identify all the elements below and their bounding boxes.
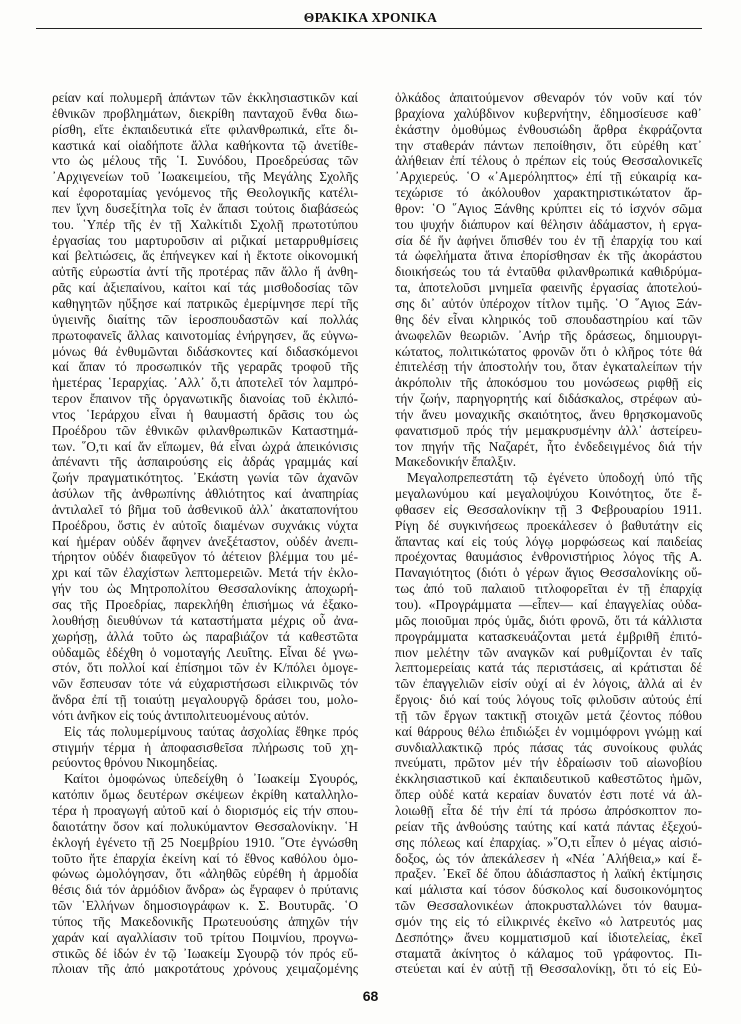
text-line: φώνως ὡμολόγησαν, ὅτι «ἀληθῶς εὑρέθη ἡ ἁ… xyxy=(52,866,358,882)
text-line: χρι καί τῶν ἐλαχίστων λεπτομερειῶν. Μετά… xyxy=(52,565,358,581)
text-line: ἀνωφελῶν θεωριῶν. ᾿Ανήρ τῆς δράσεως, δημ… xyxy=(395,328,702,344)
text-line: των. ῞Ο,τι καί ἄν εἴπωμεν, θά εἶναι ὠχρά… xyxy=(52,439,358,455)
text-line: θρον: ῾Ο ῞Αγιος Ξάνθης κρύπτει εἰς τό ἰσ… xyxy=(395,201,702,217)
text-line: ρεύοντος θρόνου Νικομηδείας. xyxy=(52,755,358,771)
text-line: σμόν της εἰς τό εἰλικρινές ἐκεῖνο «ὁ λατ… xyxy=(395,914,702,930)
text-line: τά ὠφελήματα ἅτινα ἐπορίσθησαν ἐκ τῆς ἀκ… xyxy=(395,248,702,264)
text-line: Προέδρου, ὅστις ἐν αὐτοῖς διαμένων συχνά… xyxy=(52,518,358,534)
text-line: ὁλκάδος ἀπαιτούμενον σθεναρόν τόν νοῦν κ… xyxy=(395,90,702,106)
text-line: τον πηγήν τῆς Ναζαρέτ, ἦτο ἐνδεδειγμένος… xyxy=(395,439,702,455)
text-line: τῶν ῾Ελλήνων δημοσιογράφων κ. Σ. Βουτυρᾶ… xyxy=(52,898,358,914)
text-line: βραχίονα χαλύβδινον κυβερνήτην, ἐδημοσίε… xyxy=(395,106,702,122)
text-line: ὅπερ οὐδέ κατά κεραίαν δυνατόν ἐστι ποτέ… xyxy=(395,787,702,803)
text-line: στικῶς δέ ἰδών ἐν τῷ ᾿Ιωακείμ Σγουρῷ τόν… xyxy=(52,946,358,962)
text-line: ἐπιτελέσῃ τήν ἀποστολήν του, ὅταν ἐγκατα… xyxy=(395,359,702,375)
text-line: μόνως θά ἐνθυμῶνται διδάσκοντες καί διδα… xyxy=(52,344,358,360)
text-line: πραξεν. ᾿Εκεῖ δέ ὅπου ἀδιάσπαστος ἡ λαϊκ… xyxy=(395,866,702,882)
text-line: τήν ἄνευ μοναχικῆς σκαιότητος, ἄνευ θρησ… xyxy=(395,407,702,423)
text-line: πλοιαν τῆς ἀπό μακροτάτους χρόνους χειμα… xyxy=(52,961,358,977)
text-line: τοῦτο ἥτε ἐπαρχία ἐκείνη καί τό ἔθνος κα… xyxy=(52,851,358,867)
text-line: προέχοντας θαυμάσιος ἐνθρονιστήριος λόγο… xyxy=(395,549,702,565)
text-line: του ψυχήν διάπυρον καί θέλησιν ἀδάμαστον… xyxy=(395,217,702,233)
text-line: καί θάρρους θέλω ἐπιδιώξει ἐν νομιμόφρον… xyxy=(395,724,702,740)
text-line: φθασεν εἰς Θεσσαλονίκην τῇ 3 Φεβρουαρίου… xyxy=(395,502,702,518)
text-line: καθηγητῶν ηὔξησε καί πατρικῶς ἐμερίμνησε… xyxy=(52,296,358,312)
document-page: ΘΡΑΚΙΚΑ ΧΡΟΝΙΚΑ ρείαν καί πολυμερῆ ἁπάντ… xyxy=(0,0,741,1024)
text-line: χαράν καί αγαλλίασιν τοῦ τρίτου Ποιμνίου… xyxy=(52,930,358,946)
text-line: λοιωθῇ εἶτα δέ τήν ἐπί τά πρόσω ἀπρόσκοπ… xyxy=(395,803,702,819)
text-line: ἀσύλων τῆς ἀνθρωπίνης ἀθλιότητος καί ἀνα… xyxy=(52,486,358,502)
text-line: ᾿Αρχιερεύς. ῾Ο «᾿Αμερόληπτος» ἐπί τῇ εὐκ… xyxy=(395,169,702,185)
text-line: προγράμματα κατασκευάζονται μετά ἐμβριθῆ… xyxy=(395,629,702,645)
text-line: λεπτομερείαις κατά τάς περιστάσεις, αἱ κ… xyxy=(395,660,702,676)
text-line: ἑκάστην ὁμοθύμως ἐνθουσιώδη ἄρθρα ἐκφράζ… xyxy=(395,122,702,138)
text-line: τῶν Θεσσαλονικέων ἀποκρυσταλλώνει τόν θα… xyxy=(395,898,702,914)
text-line: οὐδαμῶς ἐδέχθη ὁ νομοταγής Λευΐτης. Εἶνα… xyxy=(52,645,358,661)
text-line: ἡμετέρας ῾Ιεραρχίας. ᾿Αλλ᾿ ὅ,τι ἀποτελεῖ… xyxy=(52,375,358,391)
text-line: στιγμήν τέρμα ἡ ἀποφασισθεῖσα πλήρωσις τ… xyxy=(52,740,358,756)
text-line: καί βελτιώσεις, ἅς ἐπήνεγκεν καί ἡ ἔκτοτ… xyxy=(52,248,358,264)
text-line: τῇ τῶν ἔργων τακτικῇ στοιχῶν μετά ζέοντο… xyxy=(395,708,702,724)
text-line: ἀκρόπολιν τῆς ἀποκόσμου του μονώσεως ριφ… xyxy=(395,375,702,391)
text-line: ἀλήθειαν ἐπί τέλους ὁ πρέπων εἰς τούς Θε… xyxy=(395,153,702,169)
text-line: μῶς ποιοῦμαι πρός ὑμᾶς, διότι φρονῶ, ὅτι… xyxy=(395,613,702,629)
text-line: τερον ἔπαινον τῆς ὀργανωτικῆς διανοίας τ… xyxy=(52,391,358,407)
text-line: λουθήσῃ διευθύνων τά καταστήματα μέχρις … xyxy=(52,613,358,629)
text-line: τα, ἀποτελοῦσι μνημεῖα φαεινῆς ἐργασίας … xyxy=(395,280,702,296)
text-line: γήν του ὡς Μητροπολίτου Θεσσαλονίκης ἀπο… xyxy=(52,581,358,597)
text-line: φανατισμοῦ πρός τήν μεμακρυσμένην ἀλλ᾿ ἀ… xyxy=(395,423,702,439)
left-text-column: ρείαν καί πολυμερῆ ἁπάντων τῶν ἐκκλησιασ… xyxy=(52,90,358,977)
text-line: ρείαν καί πολυμερῆ ἁπάντων τῶν ἐκκλησιασ… xyxy=(52,90,358,106)
text-line: σταματᾶ ἀκίνητος ὁ κάλαμος τοῦ γράφοντος… xyxy=(395,946,702,962)
text-line: κώτατος, πολιτικώτατος φρονῶν ὅτι ὁ κλῆρ… xyxy=(395,344,702,360)
text-line: σία δέ ἥν ἀφήνει ὄπισθέν του ἐν τῇ ἐπαρχ… xyxy=(395,233,702,249)
text-line: ἐθνικῶν προβλημάτων, διεκρίθη πανταχοῦ ἔ… xyxy=(52,106,358,122)
text-line: τεχώρισε τό ἀκόλουθον χαρακτηριστικώτατο… xyxy=(395,185,702,201)
text-line: σας τῆς Προεδρίας, παρεκλήθη ἐπισήμως νά… xyxy=(52,597,358,613)
text-line: σης πόλεως καί ἐπαρχίας. »῞Ο,τι εἶπεν ὁ … xyxy=(395,835,702,851)
text-line: καί ἅπαν τό προσωπικόν τῆς γεραρᾶς τροφο… xyxy=(52,359,358,375)
text-line: θης δέν εἶναι κληρικός τοῦ σπουδαστηρίου… xyxy=(395,312,702,328)
text-line: διοικήσεώς του τά ἐνταῦθα φιλανθρωπικά κ… xyxy=(395,264,702,280)
text-line: ζωήν πραγματικότητος. ᾿Εκάστη γωνία τῶν … xyxy=(52,470,358,486)
text-line: ρᾶς καί ἀξιεπαίνου, καίτοι καί τάς μισθο… xyxy=(52,280,358,296)
text-line: Ρίγη δέ συγκινήσεως προεκάλεσεν ὁ βαθυτά… xyxy=(395,518,702,534)
page-number: 68 xyxy=(0,988,741,1004)
text-line: τῶν ἐπαγγελιῶν εἰσίν οὐχί αἱ ἐν λόγοις, … xyxy=(395,676,702,692)
text-line: ἅπαντας καί εἰς τούς λόγῳ μορφώσεως καί … xyxy=(395,534,702,550)
text-line: κατόπιν ὅμως δευτέρων σκέψεων ἐκρίθη κατ… xyxy=(52,787,358,803)
running-title: ΘΡΑΚΙΚΑ ΧΡΟΝΙΚΑ xyxy=(0,10,741,26)
text-line: στόν, ὅτι πολλοί καί ἐπίσημοι τῶν ἐν Κ/π… xyxy=(52,660,358,676)
text-line: τήρητον οὐδέν διαφεῦγον τό ἀέτειον βλέμμ… xyxy=(52,549,358,565)
text-line: θέσις διά τόν ἁρμόδιον ἄνδρα» ὡς ἔγραφεν… xyxy=(52,882,358,898)
text-line: του. ῾Υπέρ τῆς ἐν τῇ Χαλκίτιδι Σχολῇ πρω… xyxy=(52,217,358,233)
text-line: τέρα ἡ προαγωγή αὐτοῦ καί ὁ διορισμός εἰ… xyxy=(52,803,358,819)
text-line: Παναγιότητος (διότι ὁ γέρων ἅγιος Θεσσαλ… xyxy=(395,565,702,581)
text-line: ὑγιεινῆς διαίτης τῶν ἱεροσπουδαστῶν καί … xyxy=(52,312,358,328)
text-line: ρείαν τῆς ἀνθούσης ταύτης καί κατά πάντα… xyxy=(395,819,702,835)
text-line: καί μάλιστα καί τόσον δύσκολος καί δυσοι… xyxy=(395,882,702,898)
text-line: δαιοτάτην ὅσον καί πολυκύμαντον Θεσσαλον… xyxy=(52,819,358,835)
text-line: αὐτῆς εὐρωστία ἀντί τῆς προτέρας πᾶν ἄλλ… xyxy=(52,264,358,280)
text-line: σης δι᾿ αὐτόν ὑπέροχον τίτλον τιμῆς. ῾Ο … xyxy=(395,296,702,312)
text-line: Καίτοι ὁμοφώνως ὑπεδείχθη ὁ ᾿Ιωακείμ Σγο… xyxy=(52,771,358,787)
text-line: Μεγαλοπρεπεστάτη τῷ ἐγένετο ὑποδοχή ὑπό … xyxy=(395,470,702,486)
text-line: ντος ῾Ιεράρχου εἶναι ἡ θαυμαστή δρᾶσις τ… xyxy=(52,407,358,423)
text-line: καί ἐφοροταμίας γενόμενος τῆς Θεολογικῆς… xyxy=(52,185,358,201)
text-line: ἐργασίας του μαρτυροῦσιν αἱ ριζικαί μετα… xyxy=(52,233,358,249)
text-line: μεγαλωνύμου καί μεγαλοψύχου Κοινότητος, … xyxy=(395,486,702,502)
text-line: τήν ζωήν, παρηγορητής καί διδάσκαλος, στ… xyxy=(395,391,702,407)
text-line: συνδιαλλακτικῷ πρός πάσας τάς συνοίκους … xyxy=(395,740,702,756)
text-line: ἀπέναντι τῆς ἀσπαιρούσης εἰς ἀδράς γραμμ… xyxy=(52,454,358,470)
text-line: ἐκλογή ἐγένετο τῇ 25 Νοεμβρίου 1910. ῞Οτ… xyxy=(52,835,358,851)
text-line: ἄνδρα ἐπί τῇ τοιαύτῃ μεγαλουργῷ δράσει τ… xyxy=(52,692,358,708)
text-line: την σταθεράν πάντων πεποίθησιν, ὅτι εὑρέ… xyxy=(395,138,702,154)
text-line: ντο ὡς μέλους τῆς ῾Ι. Συνόδου, Προεδρεύσ… xyxy=(52,153,358,169)
text-line: χωρήσῃ, ἀλλά τοῦτο ὡς παραβιάζον τά καθε… xyxy=(52,629,358,645)
text-line: τως ἀπό τοῦ παλαιοῦ τιτλοφορεῖται ἐν τῇ … xyxy=(395,581,702,597)
text-line: ᾿Αρχιγενείων τοῦ ᾿Ιωακειμείου, τῆς Μεγάλ… xyxy=(52,169,358,185)
header-rule xyxy=(36,28,702,29)
text-line: στεύεται καί ἐν αὐτῇ τῇ Θεσσαλονίκῃ, ὅτι… xyxy=(395,961,702,977)
text-line: δοξος, ὡς τόν ἀπεκάλεσεν ἡ «Νέα ᾿Αλήθεια… xyxy=(395,851,702,867)
text-line: πρωτοφανεῖς ἄλλας καινοτομίας ἐνήργησεν,… xyxy=(52,328,358,344)
text-line: πνεύματι, πρῶτον μέν τήν ἑδραίωσιν τοῦ α… xyxy=(395,755,702,771)
text-line: νῶν ἔσπευσαν τότε νά εὐχαριστήσωσι εἰλικ… xyxy=(52,676,358,692)
text-line: Δεσπότης» ἄνευ κομματισμοῦ καί ἰδιοτελεί… xyxy=(395,930,702,946)
text-line: του). «Προγράμματα —εἶπεν— καί ἐπαγγελία… xyxy=(395,597,702,613)
text-line: πεν ἴχνη δυσεξίτηλα τοῖς ἐν ἅπασι τούτοι… xyxy=(52,201,358,217)
text-line: τύπος τῆς Μακεδονικῆς Πρωτευούσης ἀπηχῶν… xyxy=(52,914,358,930)
text-line: ἀντιλαλεῖ τό βῆμα τοῦ ἀσθενικοῦ ἀλλ᾿ ἀκα… xyxy=(52,502,358,518)
text-line: ἐκκλησιαστικοῦ καί ἐκπαιδευτικοῦ καθεστῶ… xyxy=(395,771,702,787)
text-line: καί ἡμέραν οὐδέν ἄφηνεν ἀνεξέταστον, οὐδ… xyxy=(52,534,358,550)
text-line: καστικά καί οἱαδήποτε ἄλλα καθήκοντα τῷ … xyxy=(52,138,358,154)
text-line: Προέδρου τῶν ἐθνικῶν φιλανθρωπικῶν Κατασ… xyxy=(52,423,358,439)
text-line: Μακεδονικήν ἔπαλξιν. xyxy=(395,454,702,470)
text-line: νότι ἀνῆκον εἰς τούς ἀντιπολιτευομένους … xyxy=(52,708,358,724)
text-line: ρίσθη, εἴτε ἐκπαιδευτικά εἴτε φιλανθρωπι… xyxy=(52,122,358,138)
text-line: ἔργοις· διό καί τούς λόγους τοῖς φιλοῦσι… xyxy=(395,692,702,708)
text-line: πιον μελέτην τῶν αναγκῶν καί ρυθμίζονται… xyxy=(395,645,702,661)
text-line: Εἰς τάς πολυμερίμνους ταύτας ἀσχολίας ἔθ… xyxy=(52,724,358,740)
right-text-column: ὁλκάδος ἀπαιτούμενον σθεναρόν τόν νοῦν κ… xyxy=(395,90,702,977)
